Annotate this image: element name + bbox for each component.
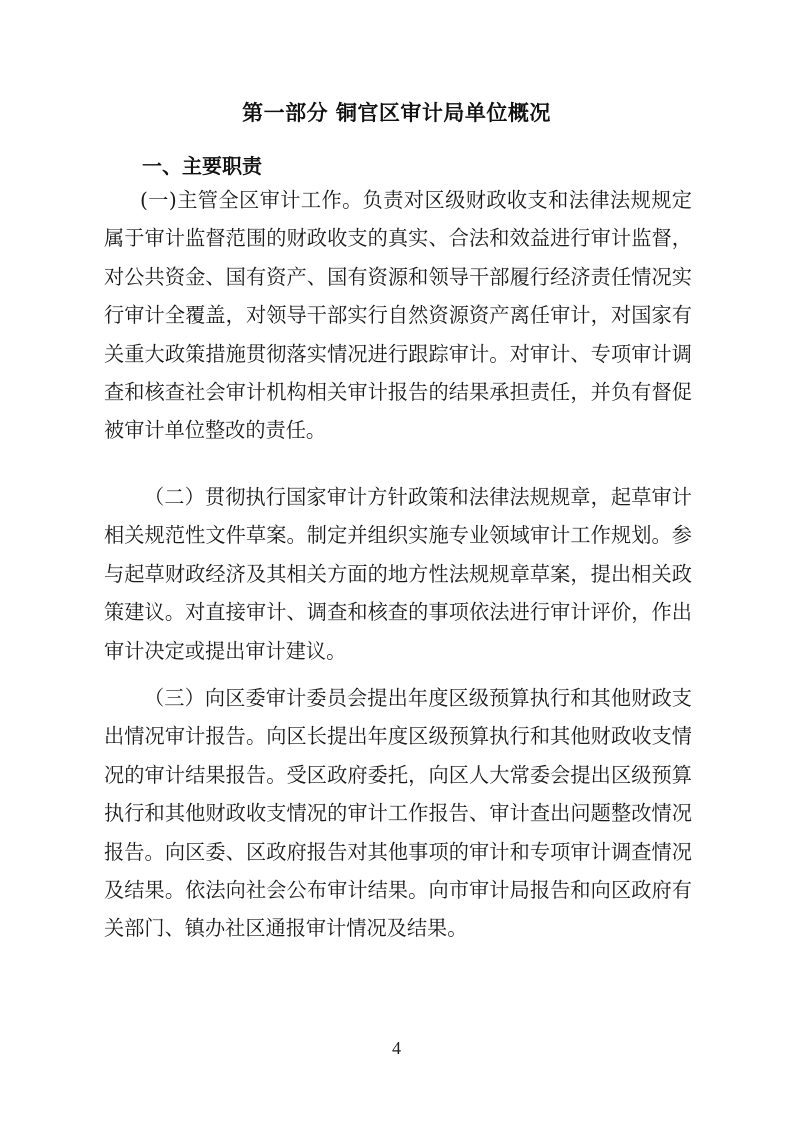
paragraph-responsibility-3: （三）向区委审计委员会提出年度区级预算执行和其他财政支出情况审计报告。向区长提出…	[104, 679, 692, 948]
document-page: 第一部分 铜官区审计局单位概况 一、主要职责 (一)主管全区审计工作。负责对区级…	[0, 0, 793, 1122]
paragraph-block-2: （二）贯彻执行国家审计方针政策和法律法规规章，起草审计相关规范性文件草案。制定并…	[104, 478, 692, 670]
paragraph-block-3: （三）向区委审计委员会提出年度区级预算执行和其他财政支出情况审计报告。向区长提出…	[104, 679, 692, 948]
section-heading: 一、主要职责	[142, 150, 262, 179]
paragraph-block-1: (一)主管全区审计工作。负责对区级财政收支和法律法规规定属于审计监督范围的财政收…	[104, 181, 692, 450]
page-number: 4	[0, 1038, 793, 1059]
paragraph-responsibility-1: (一)主管全区审计工作。负责对区级财政收支和法律法规规定属于审计监督范围的财政收…	[104, 181, 692, 450]
paragraph-responsibility-2: （二）贯彻执行国家审计方针政策和法律法规规章，起草审计相关规范性文件草案。制定并…	[104, 478, 692, 670]
page-title: 第一部分 铜官区审计局单位概况	[0, 97, 793, 127]
